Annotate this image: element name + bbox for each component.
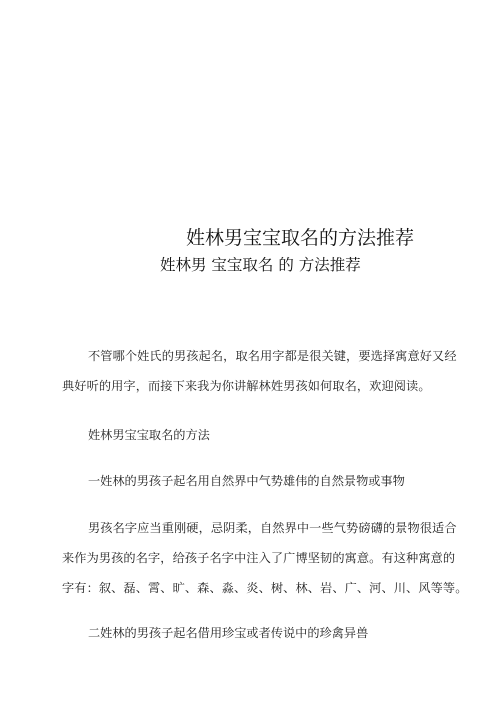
method-1-line-2: 来作为男孩的名字，给孩子名字中注入了广博坚韧的寓意。有这种寓意的 bbox=[62, 543, 412, 573]
intro-line-1: 不管哪个姓氏的男孩起名，取名用字都是很关键，要选择寓意好又经 bbox=[62, 341, 412, 371]
section-heading: 姓林男宝宝取名的方法 bbox=[88, 425, 210, 445]
document-title: 姓林男宝宝取名的方法推荐 bbox=[186, 226, 414, 250]
document-page: 姓林男宝宝取名的方法推荐 姓林男 宝宝取名 的 方法推荐 不管哪个姓氏的男孩起名… bbox=[0, 0, 500, 707]
method-2-heading: 二姓林的男孩子起名借用珍宝或者传说中的珍禽异兽 bbox=[88, 623, 368, 643]
method-1-paragraph: 男孩名字应当重刚硬，忌阴柔，自然界中一些气势磅礴的景物很适合 来作为男孩的名字，… bbox=[62, 513, 412, 603]
method-1-line-3: 字有：叙、磊、霄、旷、森、淼、炎、树、林、岩、广、河、川、风等等。 bbox=[62, 573, 412, 603]
intro-line-2: 典好听的用字，而接下来我为你讲解林姓男孩如何取名，欢迎阅读。 bbox=[62, 371, 412, 401]
document-subtitle: 姓林男 宝宝取名 的 方法推荐 bbox=[160, 255, 361, 275]
method-1-heading: 一姓林的男孩子起名用自然界中气势雄伟的自然景物或事物 bbox=[88, 471, 405, 491]
method-1-line-1: 男孩名字应当重刚硬，忌阴柔，自然界中一些气势磅礴的景物很适合 bbox=[62, 513, 412, 543]
intro-paragraph: 不管哪个姓氏的男孩起名，取名用字都是很关键，要选择寓意好又经 典好听的用字，而接… bbox=[62, 341, 412, 401]
